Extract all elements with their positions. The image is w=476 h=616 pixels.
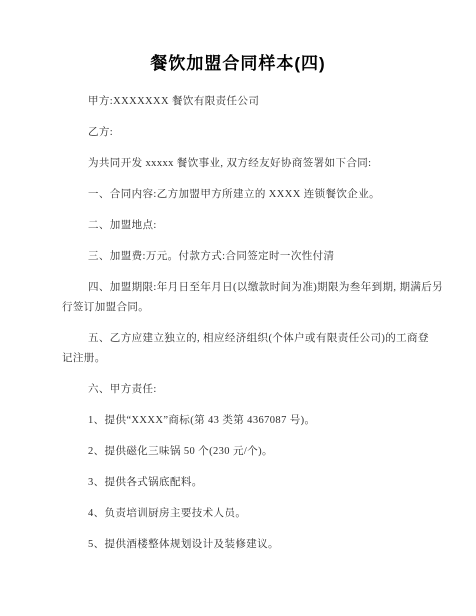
paragraph-line: 1、提供“XXXX”商标(第 43 类第 4367087 号)。 — [62, 411, 426, 431]
paragraph: 六、甲方责任: — [62, 380, 426, 400]
paragraph-line: 2、提供磁化三味锅 50 个(230 元/个)。 — [62, 442, 426, 462]
paragraph-line: 五、乙方应建立独立的, 相应经济组织(个体户或有限责任公司)的工商登 — [62, 329, 426, 349]
paragraph: 乙方: — [62, 123, 426, 143]
document-body: 甲方:XXXXXXX 餐饮有限责任公司乙方:为共同开发 xxxxx 餐饮事业, … — [62, 92, 426, 555]
paragraph-line: 5、提供酒楼整体规划设计及装修建议。 — [62, 535, 426, 555]
paragraph-line: 行签订加盟合同。 — [62, 298, 426, 318]
paragraph: 一、合同内容:乙方加盟甲方所建立的 XXXX 连锁餐饮企业。 — [62, 185, 426, 205]
paragraph: 甲方:XXXXXXX 餐饮有限责任公司 — [62, 92, 426, 112]
paragraph-line: 4、负责培训厨房主要技术人员。 — [62, 504, 426, 524]
paragraph: 四、加盟期限:年月日至年月日(以缴款时间为准)期限为叁年到期, 期满后另行签订加… — [62, 278, 426, 318]
paragraph-line: 3、提供各式锅底配料。 — [62, 473, 426, 493]
paragraph-line: 记注册。 — [62, 349, 426, 369]
paragraph-line: 二、加盟地点: — [62, 216, 426, 236]
paragraph: 4、负责培训厨房主要技术人员。 — [62, 504, 426, 524]
document-title: 餐饮加盟合同样本(四) — [0, 0, 476, 75]
paragraph-line: 乙方: — [62, 123, 426, 143]
paragraph-line: 甲方:XXXXXXX 餐饮有限责任公司 — [62, 92, 426, 112]
paragraph: 5、提供酒楼整体规划设计及装修建议。 — [62, 535, 426, 555]
paragraph-line: 四、加盟期限:年月日至年月日(以缴款时间为准)期限为叁年到期, 期满后另 — [62, 278, 426, 298]
paragraph: 3、提供各式锅底配料。 — [62, 473, 426, 493]
paragraph-line: 三、加盟费:万元。付款方式:合同签定时一次性付清 — [62, 247, 426, 267]
paragraph: 1、提供“XXXX”商标(第 43 类第 4367087 号)。 — [62, 411, 426, 431]
paragraph: 三、加盟费:万元。付款方式:合同签定时一次性付清 — [62, 247, 426, 267]
document-page: 餐饮加盟合同样本(四) 甲方:XXXXXXX 餐饮有限责任公司乙方:为共同开发 … — [0, 0, 476, 616]
paragraph: 五、乙方应建立独立的, 相应经济组织(个体户或有限责任公司)的工商登记注册。 — [62, 329, 426, 369]
paragraph: 二、加盟地点: — [62, 216, 426, 236]
paragraph-line: 六、甲方责任: — [62, 380, 426, 400]
paragraph: 为共同开发 xxxxx 餐饮事业, 双方经友好协商签署如下合同: — [62, 154, 426, 174]
paragraph-line: 一、合同内容:乙方加盟甲方所建立的 XXXX 连锁餐饮企业。 — [62, 185, 426, 205]
paragraph-line: 为共同开发 xxxxx 餐饮事业, 双方经友好协商签署如下合同: — [62, 154, 426, 174]
paragraph: 2、提供磁化三味锅 50 个(230 元/个)。 — [62, 442, 426, 462]
